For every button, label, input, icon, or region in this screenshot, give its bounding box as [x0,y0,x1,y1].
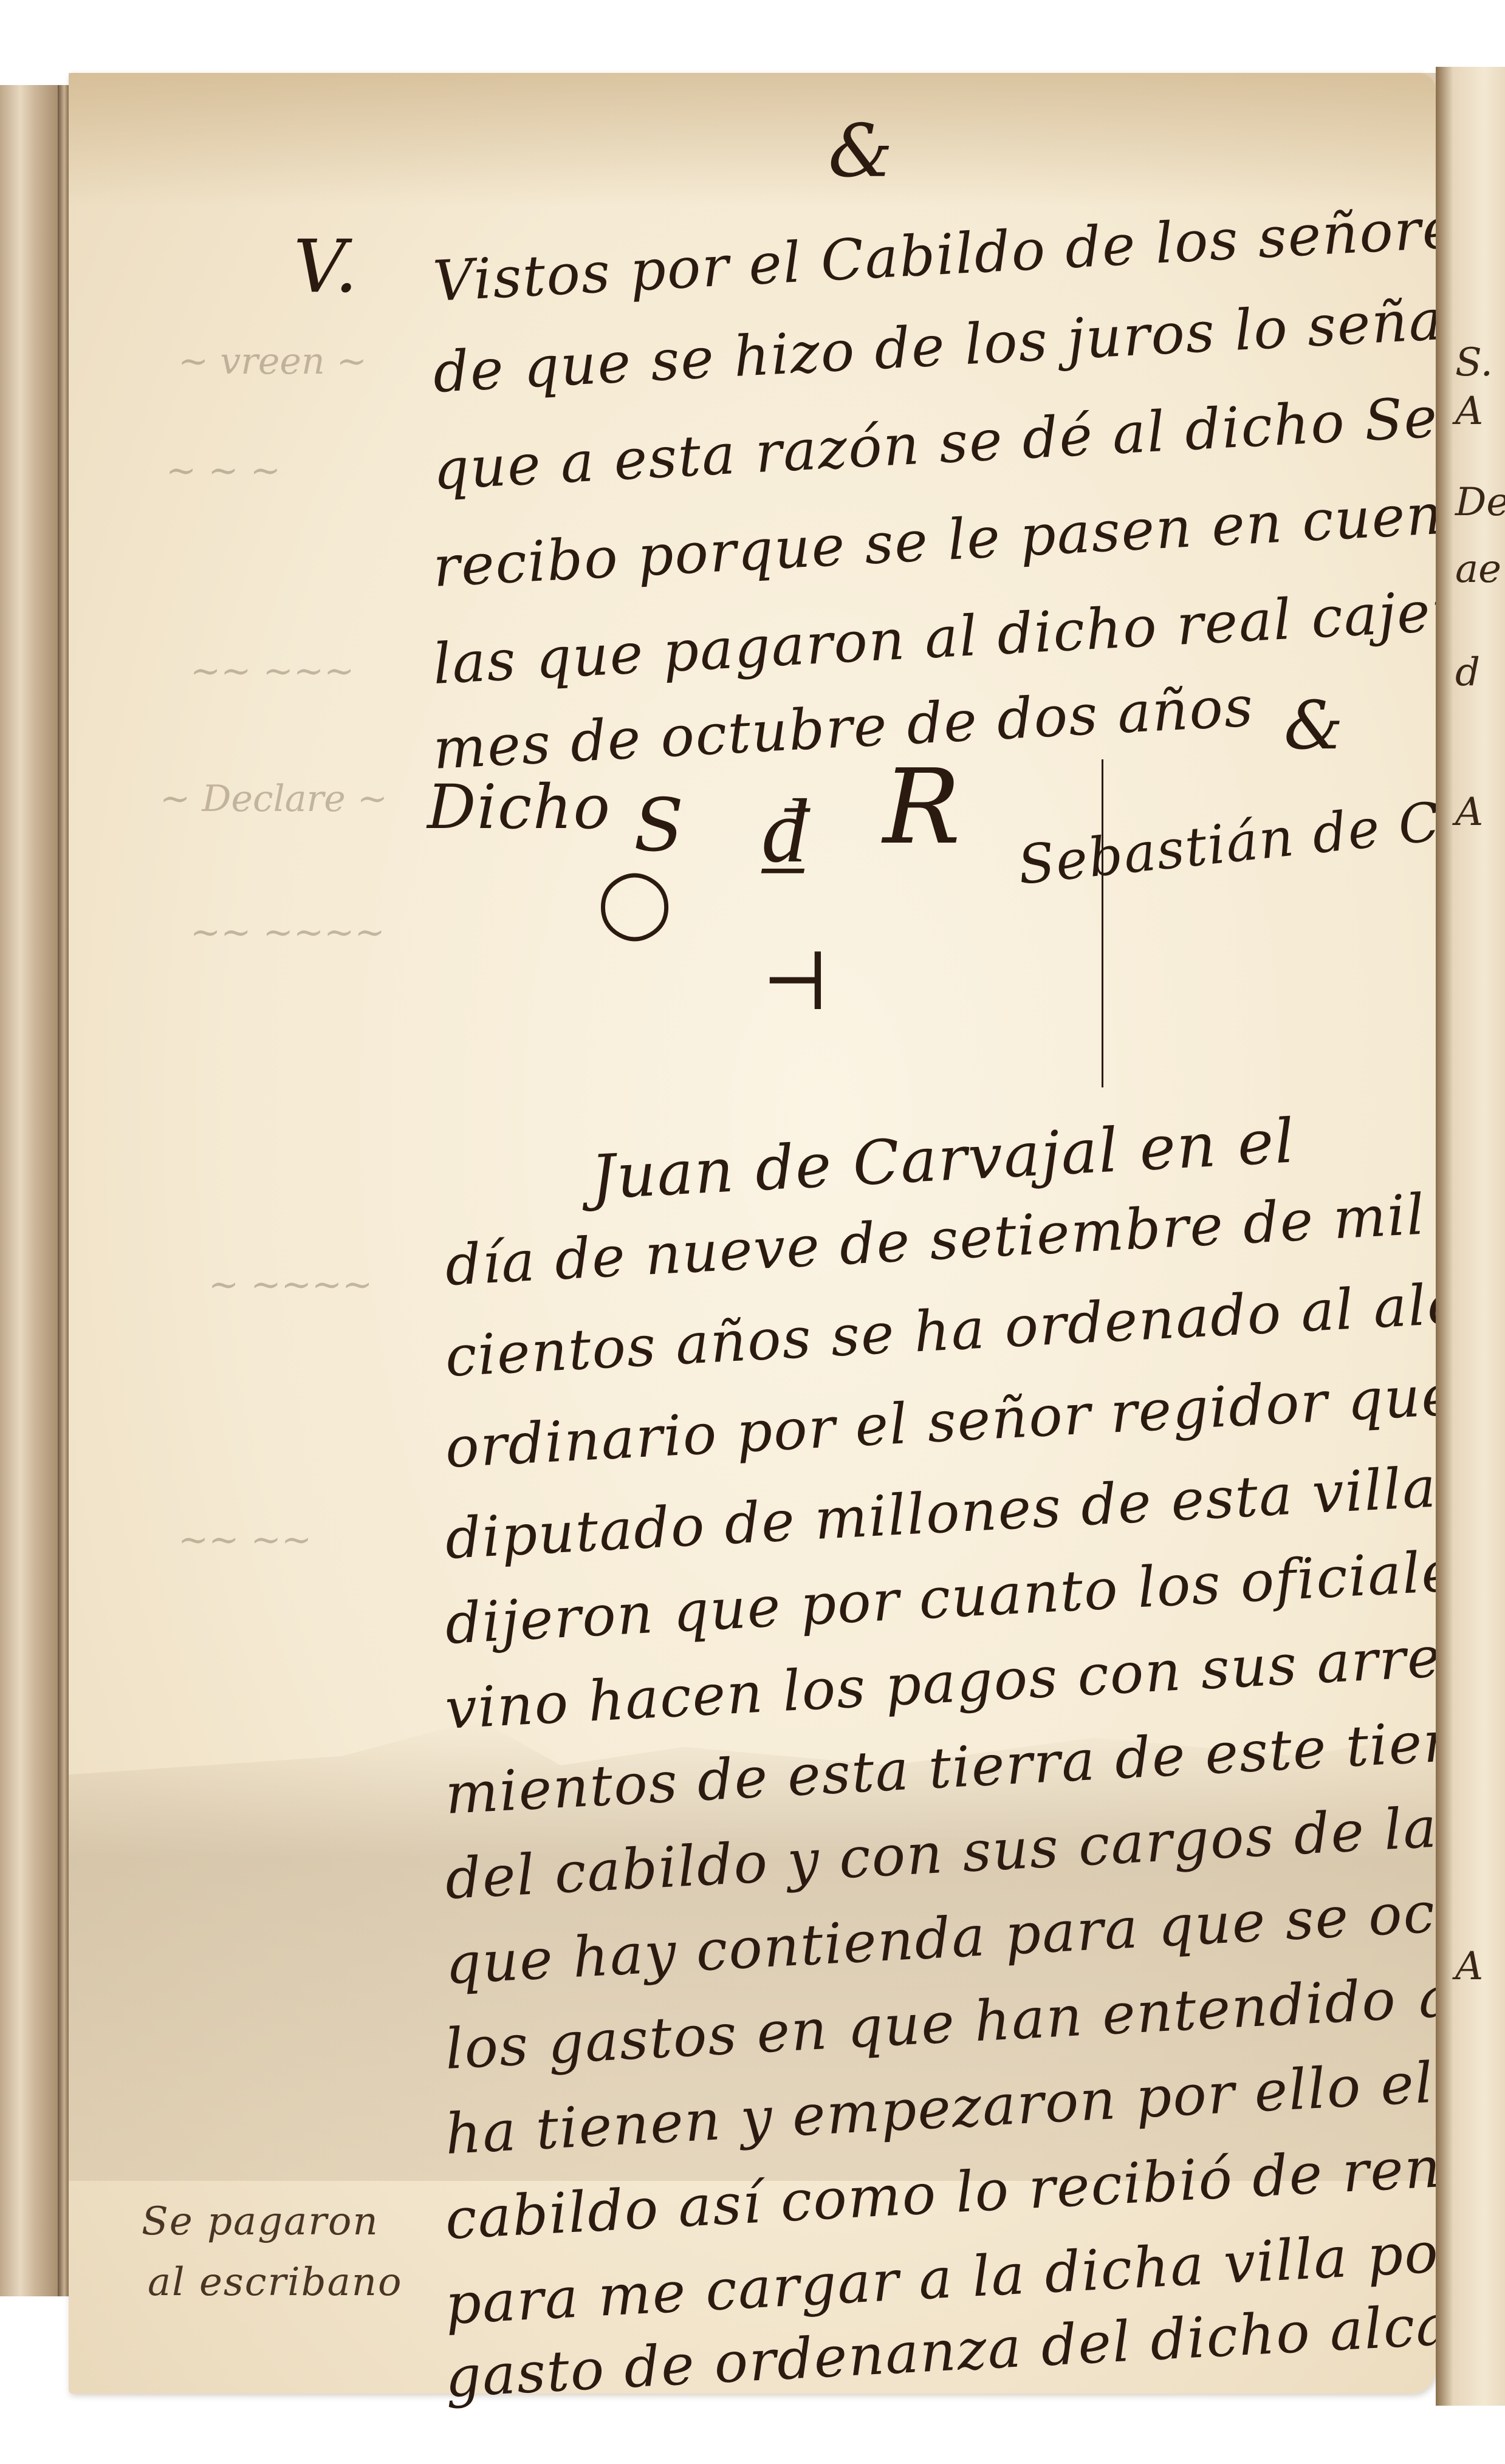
facing-page-fragment: A [1455,1944,1483,1989]
signature-flourish: Dicho [427,772,611,843]
margin-note-line: Se pagaron [142,2199,379,2244]
facing-page-fragment: S. [1455,340,1493,385]
book-binding [0,85,58,2296]
margin-note-line: al escribano [148,2260,402,2305]
facing-page-fragment: A [1455,389,1483,434]
signature-cross-mark: ⊣ [761,936,831,1028]
text-line: que a esta razón se dé al dicho Señor [431,380,1505,502]
facing-page-fragment: De [1455,480,1505,525]
bleed-through-text: ~ Declare ~ [160,778,388,820]
text-line: recibo porque se le pasen en cuenta [431,479,1503,600]
signature-initial-s: S [634,784,685,868]
bleed-through-text: ~ ~~~~ [208,1264,372,1306]
signature-rule [1102,759,1103,1087]
bleed-through-text: ~ vreen ~ [178,340,367,383]
facing-page-fragment: A [1455,790,1483,835]
section-marker: V. [293,225,359,309]
header-mark: & [828,109,894,194]
top-stain [69,73,1436,207]
facing-page-fragment: ae [1455,547,1501,592]
text-line: las que pagaron al dicho real cajero [431,577,1495,697]
signature-mark-circle: ◯ [597,863,673,940]
bleed-through-text: ~~ ~~ [178,1519,312,1561]
signature-name: Sebastián de Carvajal [1015,770,1505,897]
bleed-through-text: ~~ ~~~ [190,650,354,693]
signature-trailing-mark: & [1284,686,1345,764]
manuscript-page: ~ vreen ~ ~ ~ ~ ~~ ~~~ ~ Declare ~ ~~ ~~… [69,73,1436,2394]
facing-page-fragment: d [1455,650,1480,695]
bleed-through-text: ~~ ~~~~ [190,911,385,954]
bleed-through-text: ~ ~ ~ [166,450,281,492]
signature-initial-r: R [883,747,962,868]
signature-rubric: ₫ [761,778,809,883]
book-spine [58,85,69,2296]
